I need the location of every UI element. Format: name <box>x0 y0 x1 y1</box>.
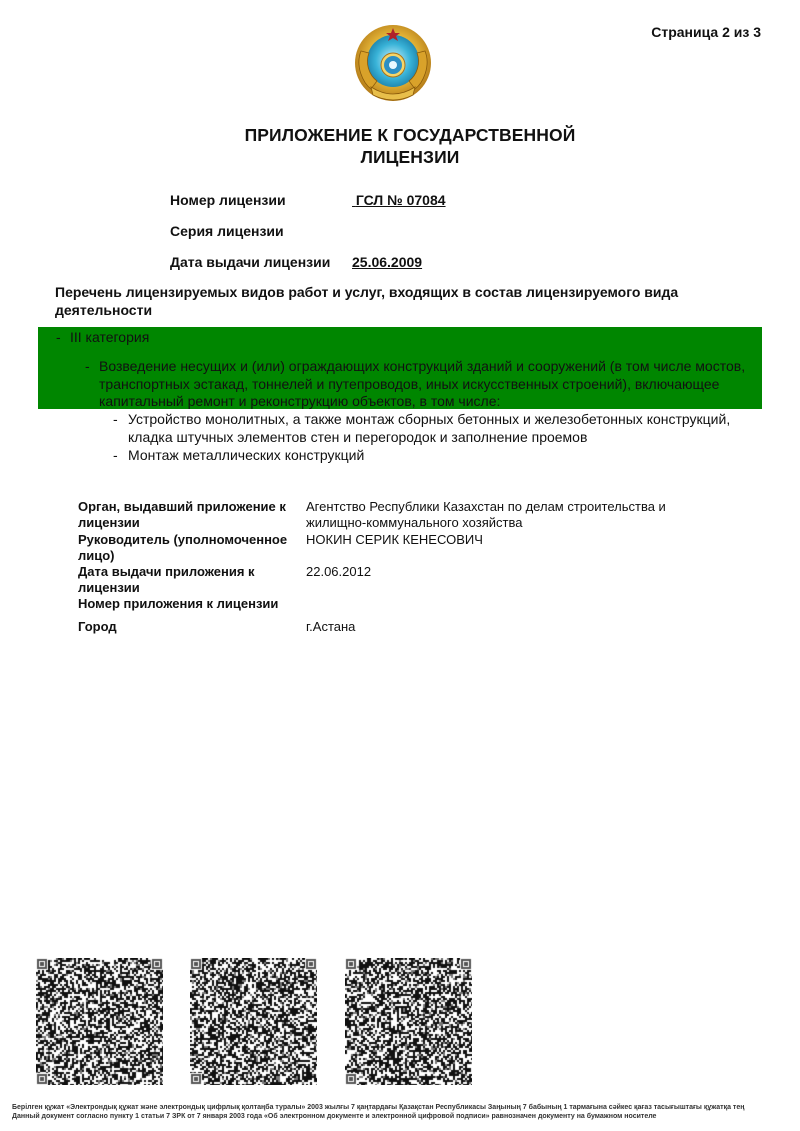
bullet-dash: - <box>85 358 90 376</box>
license-number-value: ГСЛ № 07084 <box>352 192 446 208</box>
bullet-dash: - <box>113 447 118 465</box>
license-date-label: Дата выдачи лицензии <box>170 254 330 270</box>
list-item-text: Устройство монолитных, а также монтаж сб… <box>113 411 753 446</box>
footer-line-ru: Данный документ согласно пункту 1 статьи… <box>12 1112 792 1121</box>
head-value: НОКИН СЕРИК КЕНЕСОВИЧ <box>306 532 706 548</box>
qr-code-3 <box>345 958 472 1085</box>
title-line-2: ЛИЦЕНЗИИ <box>150 146 670 168</box>
license-series-label: Серия лицензии <box>170 223 284 239</box>
bullet-dash: - <box>56 329 61 347</box>
legal-footer: Берілген құжат «Электрондық құжат және э… <box>12 1103 792 1121</box>
appendix-date-label: Дата выдачи приложения к лицензии <box>78 564 298 596</box>
footer-line-kz: Берілген құжат «Электрондық құжат және э… <box>12 1103 792 1112</box>
appendix-date-value: 22.06.2012 <box>306 564 706 580</box>
bullet-dash: - <box>113 411 118 429</box>
issuer-label: Орган, выдавший приложение к лицензии <box>78 499 298 531</box>
list-item-text: Возведение несущих и (или) ограждающих к… <box>85 358 755 411</box>
license-date-value: 25.06.2009 <box>352 254 422 270</box>
head-label: Руководитель (уполномоченное лицо) <box>78 532 298 564</box>
city-label: Город <box>78 619 298 635</box>
license-number-label: Номер лицензии <box>170 192 286 208</box>
activities-heading: Перечень лицензируемых видов работ и усл… <box>55 283 745 319</box>
list-item-metal: - Монтаж металлических конструкций <box>113 447 753 465</box>
document-title: ПРИЛОЖЕНИЕ К ГОСУДАРСТВЕННОЙ ЛИЦЕНЗИИ <box>150 124 670 168</box>
qr-code-1 <box>36 958 163 1085</box>
list-item-monolithic: - Устройство монолитных, а также монтаж … <box>113 411 753 446</box>
city-value: г.Астана <box>306 619 706 635</box>
title-line-1: ПРИЛОЖЕНИЕ К ГОСУДАРСТВЕННОЙ <box>150 124 670 146</box>
appendix-number-label: Номер приложения к лицензии <box>78 596 298 612</box>
qr-code-2 <box>190 958 317 1085</box>
page-number: Страница 2 из 3 <box>600 24 761 40</box>
issuer-value: Агентство Республики Казахстан по делам … <box>306 499 706 531</box>
list-item-text: III категория <box>56 329 756 347</box>
list-item-category: - III категория <box>56 329 756 347</box>
state-emblem-icon <box>353 21 433 104</box>
list-item-construction: - Возведение несущих и (или) ограждающих… <box>85 358 755 411</box>
list-item-text: Монтаж металлических конструкций <box>113 447 753 465</box>
